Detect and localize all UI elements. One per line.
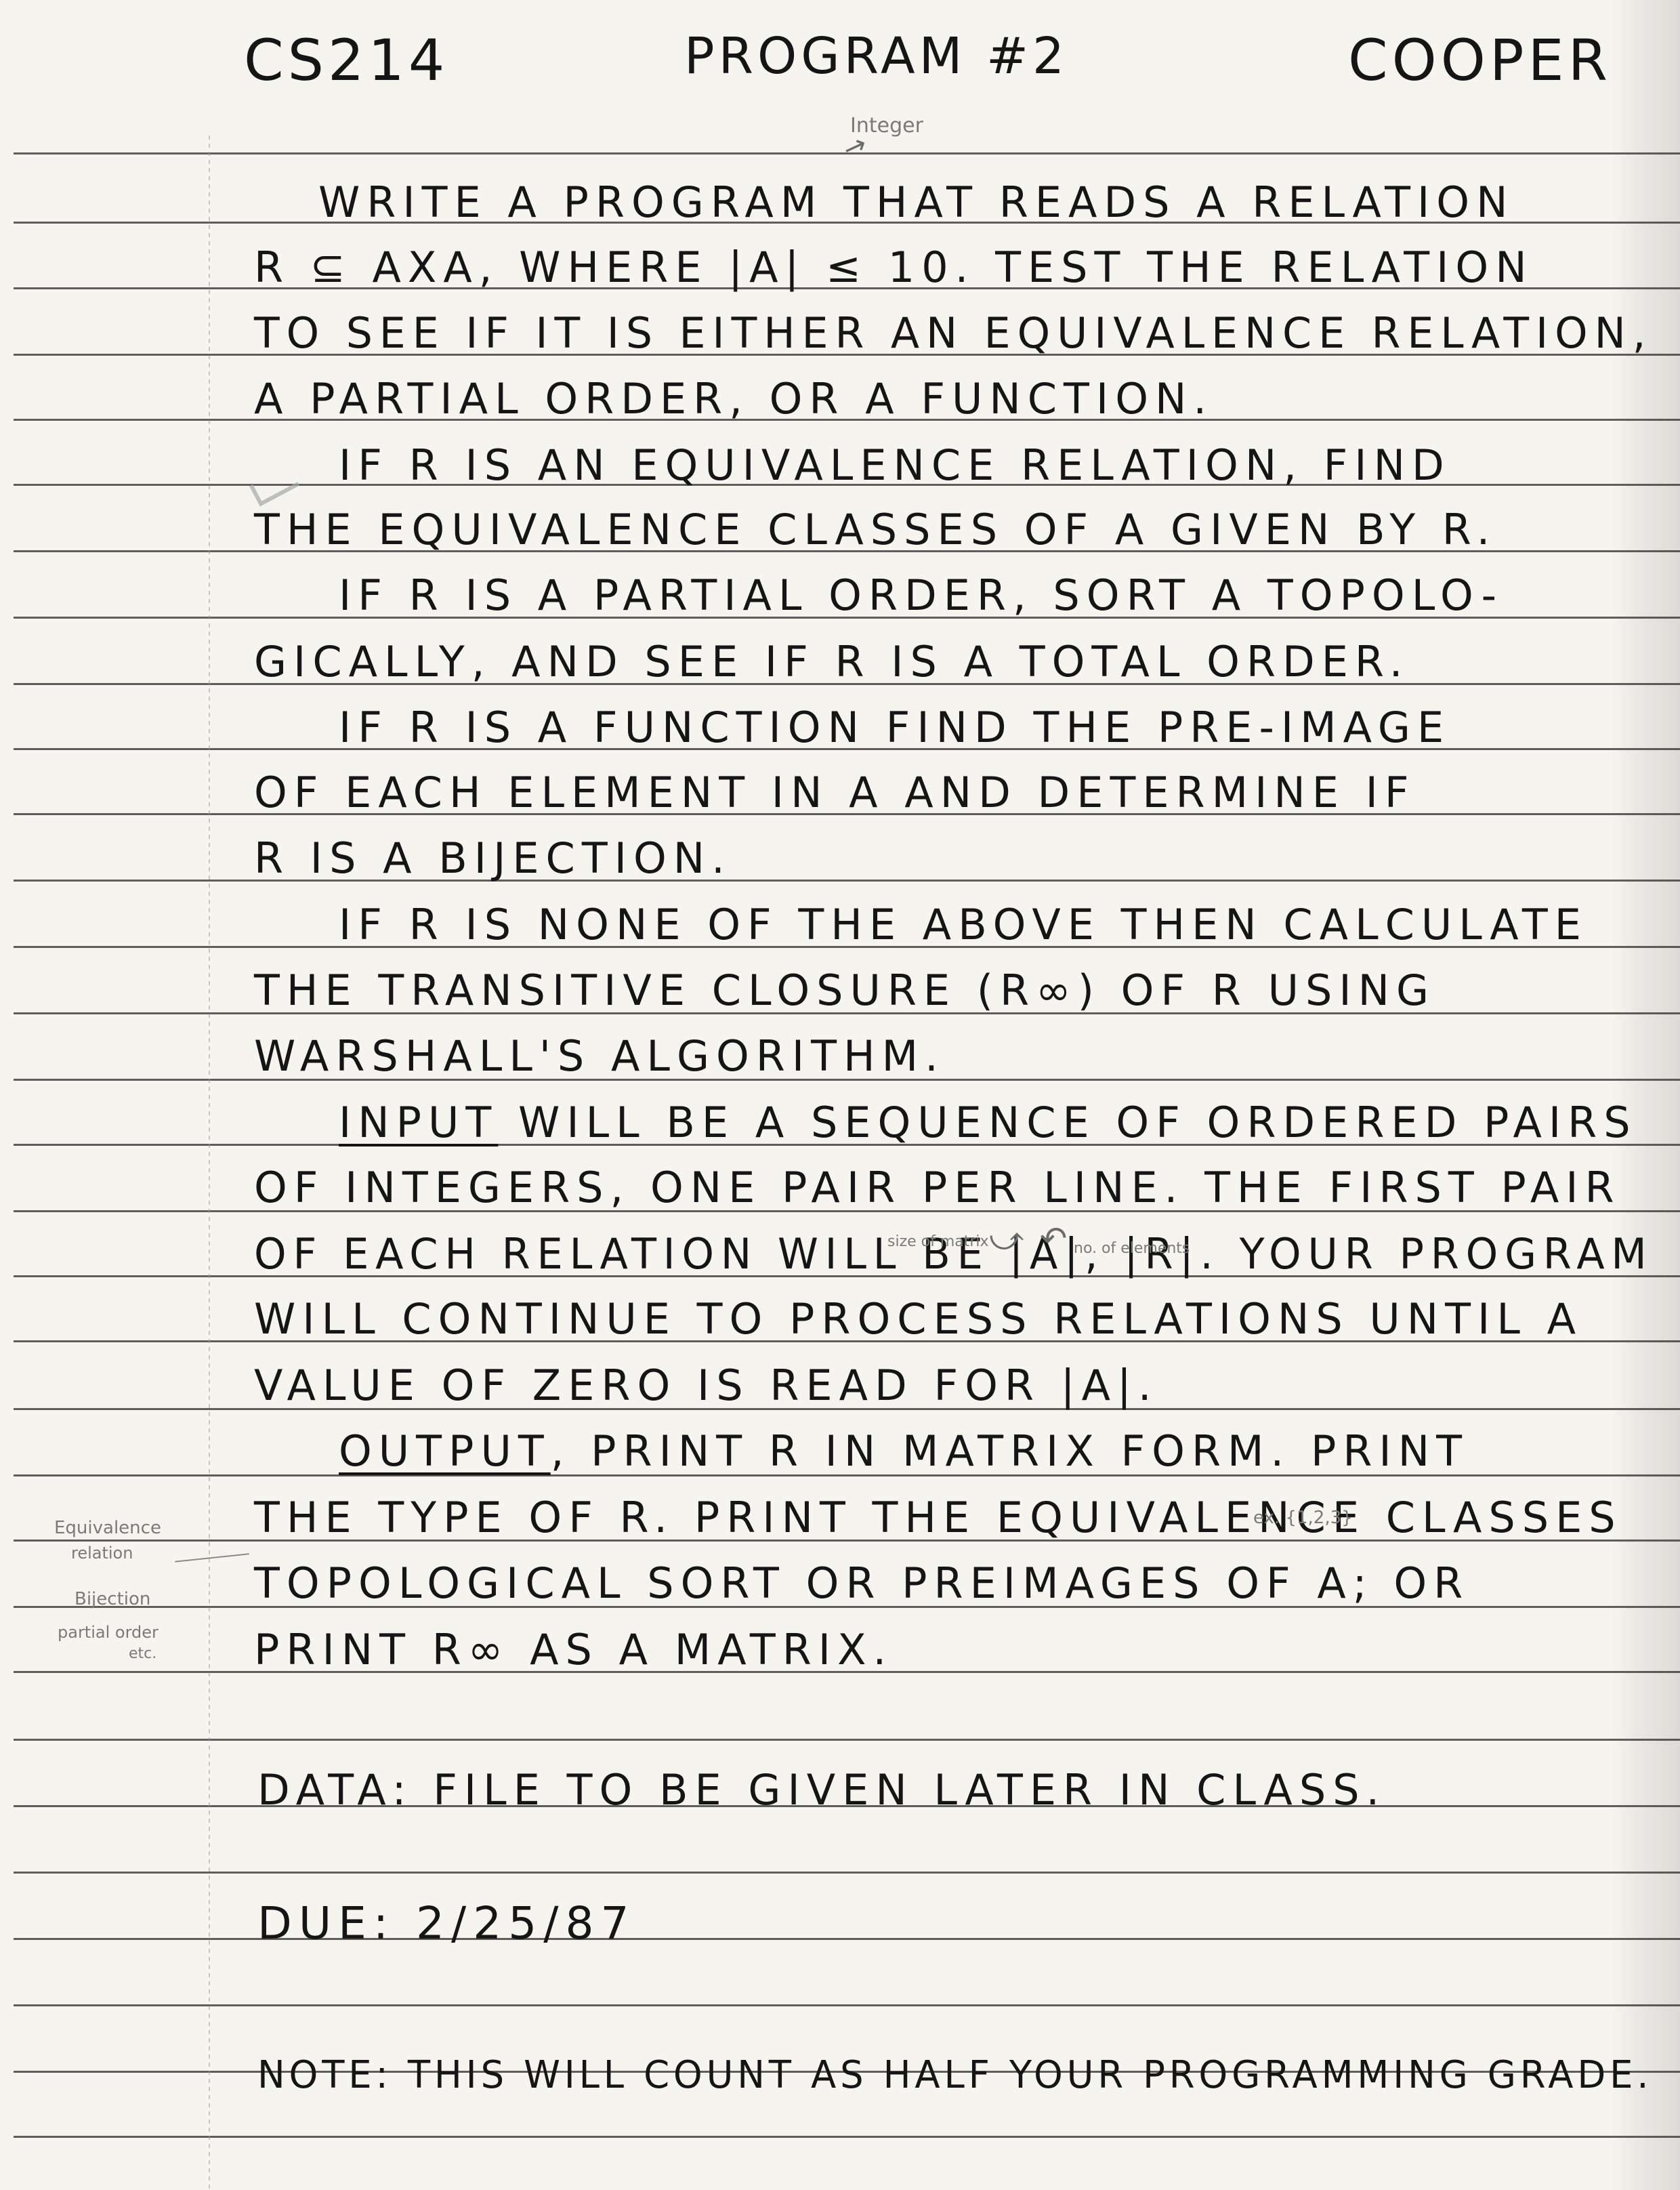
data-line: DATA: FILE TO BE GIVEN LATER IN CLASS. [257, 1765, 1386, 1815]
body-line: A PARTIAL ORDER, OR A FUNCTION. [254, 374, 1213, 423]
ruled-line [14, 2004, 1680, 2006]
ruled-line [14, 1739, 1680, 1741]
assignment-title: PROGRAM #2 [684, 27, 1068, 85]
annotation-size-of-matrix: size of matrix [887, 1233, 989, 1250]
body-line: WILL CONTINUE TO PROCESS RELATIONS UNTIL… [254, 1294, 1582, 1344]
checkmark-icon [249, 465, 299, 506]
body-line: THE TRANSITIVE CLOSURE (R∞) OF R USING [254, 966, 1435, 1015]
body-line: OUTPUT, PRINT R IN MATRIX FORM. PRINT [339, 1426, 1469, 1476]
margin-note-line-3: Bijection [75, 1589, 150, 1609]
body-line: THE EQUIVALENCE CLASSES OF A GIVEN BY R. [254, 505, 1496, 554]
body-line: VALUE OF ZERO IS READ FOR |A|. [254, 1361, 1158, 1410]
course-code: CS214 [244, 27, 448, 94]
margin-note-line-4: partial order [58, 1623, 159, 1642]
notebook-page: CS214 PROGRAM #2 COOPER Integer ↙ WRITE … [0, 0, 1680, 2190]
body-line: INPUT WILL BE A SEQUENCE OF ORDERED PAIR… [339, 1098, 1637, 1147]
arrow-right-icon: ⤻ [989, 1220, 1024, 1258]
body-line: R IS A BIJECTION. [254, 833, 732, 883]
arrow-down-icon: ↙ [839, 129, 870, 167]
body-line: THE TYPE OF R. PRINT THE EQUIVALENCE CLA… [254, 1493, 1622, 1542]
body-line: WARSHALL'S ALGORITHM. [254, 1031, 945, 1081]
margin-note-line-5: etc. [129, 1645, 156, 1662]
section-heading: OUTPUT [339, 1426, 551, 1476]
body-line: TO SEE IF IT IS EITHER AN EQUIVALENCE RE… [254, 308, 1652, 358]
body-line: WRITE A PROGRAM THAT READS A RELATION [318, 178, 1514, 227]
body-line: PRINT R∞ AS A MATRIX. [254, 1625, 893, 1674]
body-line: OF EACH ELEMENT IN A AND DETERMINE IF [254, 768, 1416, 817]
body-line: IF R IS A PARTIAL ORDER, SORT A TOPOLO- [339, 571, 1503, 620]
ruled-line [14, 2136, 1680, 2138]
margin-note-pointer [175, 1553, 249, 1562]
body-line: TOPOLOGICAL SORT OR PREIMAGES OF A; OR [254, 1558, 1469, 1608]
body-line: OF INTEGERS, ONE PAIR PER LINE. THE FIRS… [254, 1163, 1621, 1212]
body-line: GICALLY, AND SEE IF R IS A TOTAL ORDER. [254, 637, 1410, 686]
arrow-left-icon: ↶ [1040, 1220, 1067, 1258]
section-heading: INPUT [339, 1098, 498, 1147]
margin-note-line-2: relation [71, 1544, 133, 1563]
annotation-example: ex. {1,2,3} [1253, 1508, 1353, 1528]
note-line: NOTE: THIS WILL COUNT AS HALF YOUR PROGR… [257, 2053, 1652, 2097]
due-date: DUE: 2/25/87 [257, 1897, 635, 1949]
ruled-line [14, 1872, 1680, 1874]
body-line: IF R IS AN EQUIVALENCE RELATION, FIND [339, 440, 1451, 490]
margin-note-line-1: Equivalence [54, 1518, 161, 1538]
body-line: R ⊆ AXA, WHERE |A| ≤ 10. TEST THE RELATI… [254, 243, 1534, 292]
instructor-name: COOPER [1348, 27, 1612, 94]
body-line: IF R IS A FUNCTION FIND THE PRE-IMAGE [339, 703, 1450, 752]
margin-line [209, 136, 210, 2190]
annotation-no-of-elements: no. of elements [1074, 1240, 1190, 1257]
body-line: IF R IS NONE OF THE ABOVE THEN CALCULATE [339, 900, 1588, 949]
